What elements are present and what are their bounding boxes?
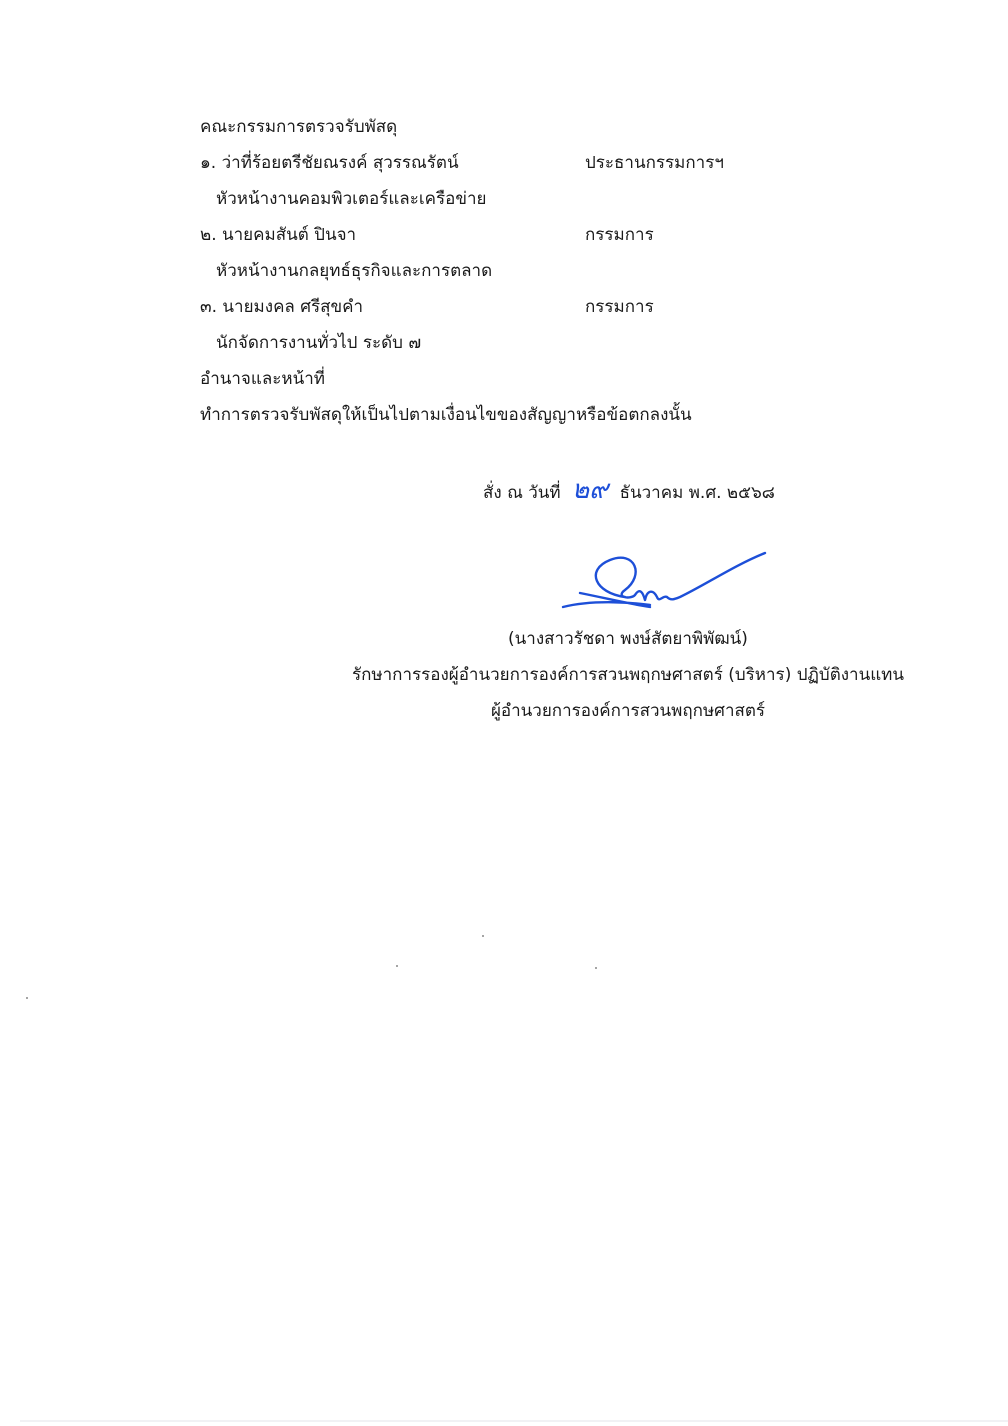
member-1-position: หัวหน้างานคอมพิวเตอร์และเครือข่าย xyxy=(216,187,486,211)
scan-speck xyxy=(595,967,597,969)
member-2-position: หัวหน้างานกลยุทธ์ธุรกิจและการตลาด xyxy=(216,259,492,283)
signatory-name: (นางสาวรัชดา พงษ์สัตยาพิพัฒน์) xyxy=(0,627,1008,651)
member-1-name: ๑. ว่าที่ร้อยตรีชัยณรงค์ สุวรรณรัตน์ xyxy=(200,151,459,175)
order-date: สั่ง ณ วันที่ ๒๙ ธันวาคม พ.ศ. ๒๕๖๘ xyxy=(483,478,775,505)
member-2-role: กรรมการ xyxy=(585,223,654,247)
order-date-prefix: สั่ง ณ วันที่ xyxy=(483,483,561,503)
scan-speck xyxy=(26,997,28,999)
signatory-title-line1: รักษาการรองผู้อำนวยการองค์การสวนพฤกษศาสต… xyxy=(0,663,1008,687)
member-3-name: ๓. นายมงคล ศรีสุขคำ xyxy=(200,295,363,319)
duties-text: ทำการตรวจรับพัสดุให้เป็นไปตามเงื่อนไขของ… xyxy=(200,403,692,427)
signature-icon xyxy=(555,545,775,615)
page-bottom-edge xyxy=(20,1420,1008,1422)
signatory-title-line2: ผู้อำนวยการองค์การสวนพฤกษศาสตร์ xyxy=(0,699,1008,723)
scan-speck xyxy=(482,935,484,937)
member-3-role: กรรมการ xyxy=(585,295,654,319)
member-3-position: นักจัดการงานทั่วไป ระดับ ๗ xyxy=(216,331,421,355)
handwritten-day: ๒๙ xyxy=(566,475,614,505)
committee-heading: คณะกรรมการตรวจรับพัสดุ xyxy=(200,115,397,139)
member-2-name: ๒. นายคมสันต์ ปินจา xyxy=(200,223,356,247)
member-1-role: ประธานกรรมการฯ xyxy=(585,151,724,175)
duties-heading: อำนาจและหน้าที่ xyxy=(200,367,325,391)
order-date-suffix: ธันวาคม พ.ศ. ๒๕๖๘ xyxy=(620,483,775,503)
scan-speck xyxy=(396,965,398,967)
